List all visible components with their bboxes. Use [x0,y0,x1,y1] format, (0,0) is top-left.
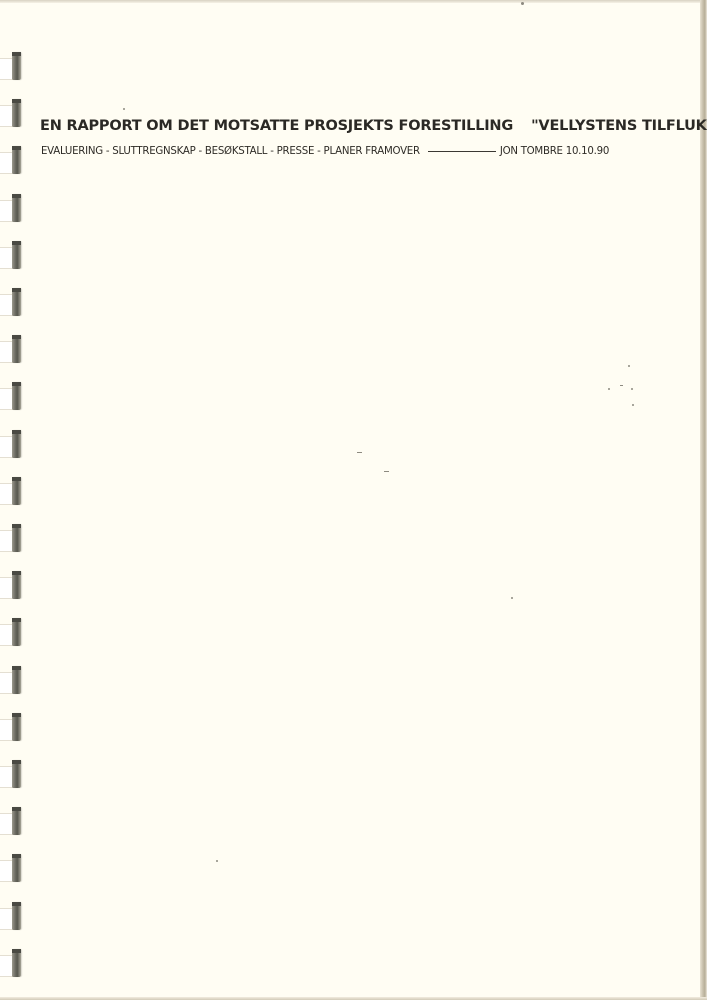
binding-ring [0,618,24,648]
title-quote: "VELLYSTENS TILFLUKT" [531,118,707,134]
document-title: EN RAPPORT OM DET MOTSATTE PROSJEKTS FOR… [40,118,707,134]
punch-hole [0,672,12,694]
punch-hole [0,58,12,80]
spiral-binding [0,0,30,1000]
binding-wire [12,666,21,694]
paper-speck [631,388,633,390]
subtitle-topics: EVALUERING - SLUTTREGNSKAP - BESØKSTALL … [41,146,420,157]
binding-wire [12,146,21,174]
punch-hole [0,719,12,741]
binding-wire [12,335,21,363]
binding-wire [12,288,21,316]
paper-speck [521,2,524,5]
paper-speck [384,471,389,472]
binding-ring [0,146,24,176]
binding-ring [0,382,24,412]
punch-hole [0,341,12,363]
binding-ring [0,477,24,507]
punch-hole [0,388,12,410]
binding-ring [0,241,24,271]
binding-ring [0,902,24,932]
binding-ring [0,807,24,837]
paper-speck [216,860,218,862]
punch-hole [0,860,12,882]
binding-wire [12,99,21,127]
punch-hole [0,813,12,835]
binding-wire [12,194,21,222]
punch-hole [0,955,12,977]
binding-wire [12,524,21,552]
punch-hole [0,530,12,552]
binding-wire [12,760,21,788]
punch-hole [0,577,12,599]
binding-ring [0,666,24,696]
punch-hole [0,483,12,505]
punch-hole [0,294,12,316]
paper-speck [123,108,125,110]
binding-ring [0,430,24,460]
paper-speck [632,404,634,406]
punch-hole [0,624,12,646]
binding-ring [0,288,24,318]
binding-ring [0,760,24,790]
binding-wire [12,571,21,599]
subtitle-divider-line [428,151,496,152]
binding-wire [12,52,21,80]
binding-wire [12,902,21,930]
punch-hole [0,200,12,222]
document-subtitle: EVALUERING - SLUTTREGNSKAP - BESØKSTALL … [41,146,609,157]
binding-ring [0,99,24,129]
paper-speck [511,597,513,599]
punch-hole [0,436,12,458]
binding-wire [12,807,21,835]
document-page: EN RAPPORT OM DET MOTSATTE PROSJEKTS FOR… [0,0,707,1000]
punch-hole [0,908,12,930]
punch-hole [0,152,12,174]
subtitle-author-date: JON TOMBRE 10.10.90 [500,146,609,157]
page-top-edge [0,0,707,3]
punch-hole [0,247,12,269]
binding-wire [12,241,21,269]
paper-speck [620,385,623,386]
binding-ring [0,713,24,743]
binding-ring [0,194,24,224]
binding-ring [0,52,24,82]
punch-hole [0,105,12,127]
binding-ring [0,335,24,365]
binding-ring [0,949,24,979]
punch-hole [0,766,12,788]
page-right-edge [700,0,707,1000]
binding-wire [12,382,21,410]
binding-wire [12,477,21,505]
binding-ring [0,524,24,554]
binding-ring [0,854,24,884]
paper-speck [608,388,610,390]
binding-wire [12,430,21,458]
binding-wire [12,713,21,741]
title-main: EN RAPPORT OM DET MOTSATTE PROSJEKTS FOR… [40,118,513,134]
paper-speck [357,452,362,453]
paper-speck [628,365,630,367]
binding-ring [0,571,24,601]
binding-wire [12,618,21,646]
binding-wire [12,949,21,977]
binding-wire [12,854,21,882]
